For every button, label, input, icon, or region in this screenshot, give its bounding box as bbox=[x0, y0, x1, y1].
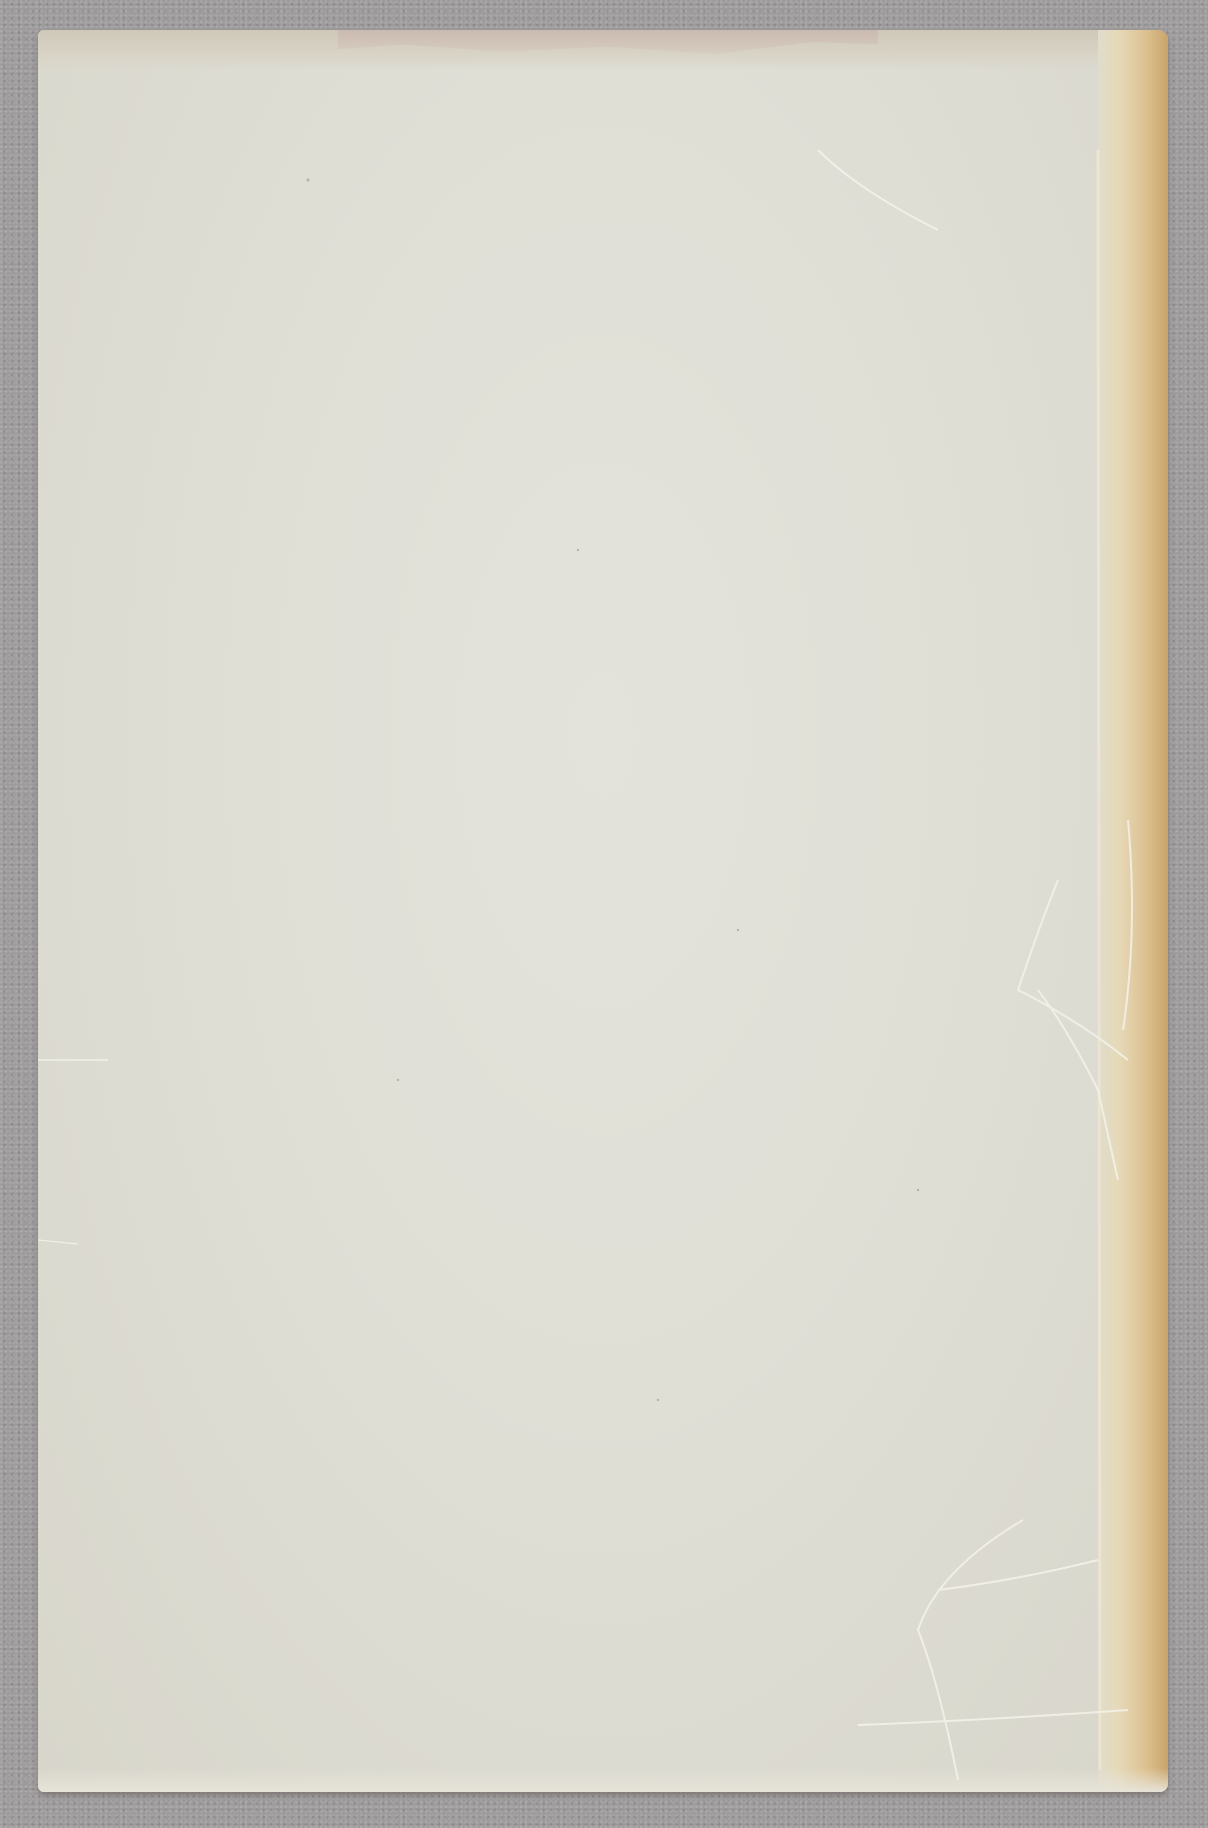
photo-scene bbox=[0, 0, 1208, 1828]
book-back-cover bbox=[38, 30, 1168, 1792]
crease-lines bbox=[38, 30, 1168, 1792]
